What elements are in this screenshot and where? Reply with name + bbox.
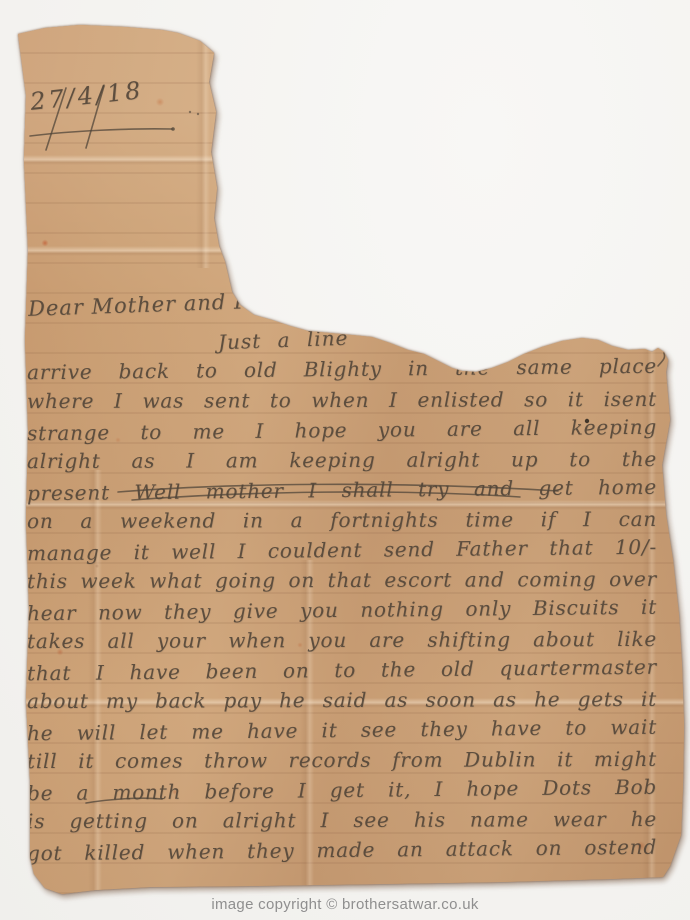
pencil-curl-mark xyxy=(658,353,665,366)
pencil-dot xyxy=(189,111,191,113)
scanned-letter-page: 27/4/18 Dear Mother and Father Just a li… xyxy=(0,0,690,920)
pencil-dot xyxy=(171,127,175,131)
ink-speck xyxy=(585,419,589,423)
strike-through-mark xyxy=(118,484,558,492)
pencil-marks xyxy=(0,0,690,920)
month-underline-mark xyxy=(86,798,162,803)
letter-paper: 27/4/18 Dear Mother and Father Just a li… xyxy=(0,0,690,920)
copyright-caption: image copyright © brothersatwar.co.uk xyxy=(0,896,690,913)
date-slash-mark xyxy=(86,86,104,148)
date-slash-mark xyxy=(46,88,66,150)
strike-through-mark xyxy=(132,492,520,500)
pencil-dot xyxy=(197,113,199,115)
letter-paper-shadow: 27/4/18 Dear Mother and Father Just a li… xyxy=(0,0,690,920)
